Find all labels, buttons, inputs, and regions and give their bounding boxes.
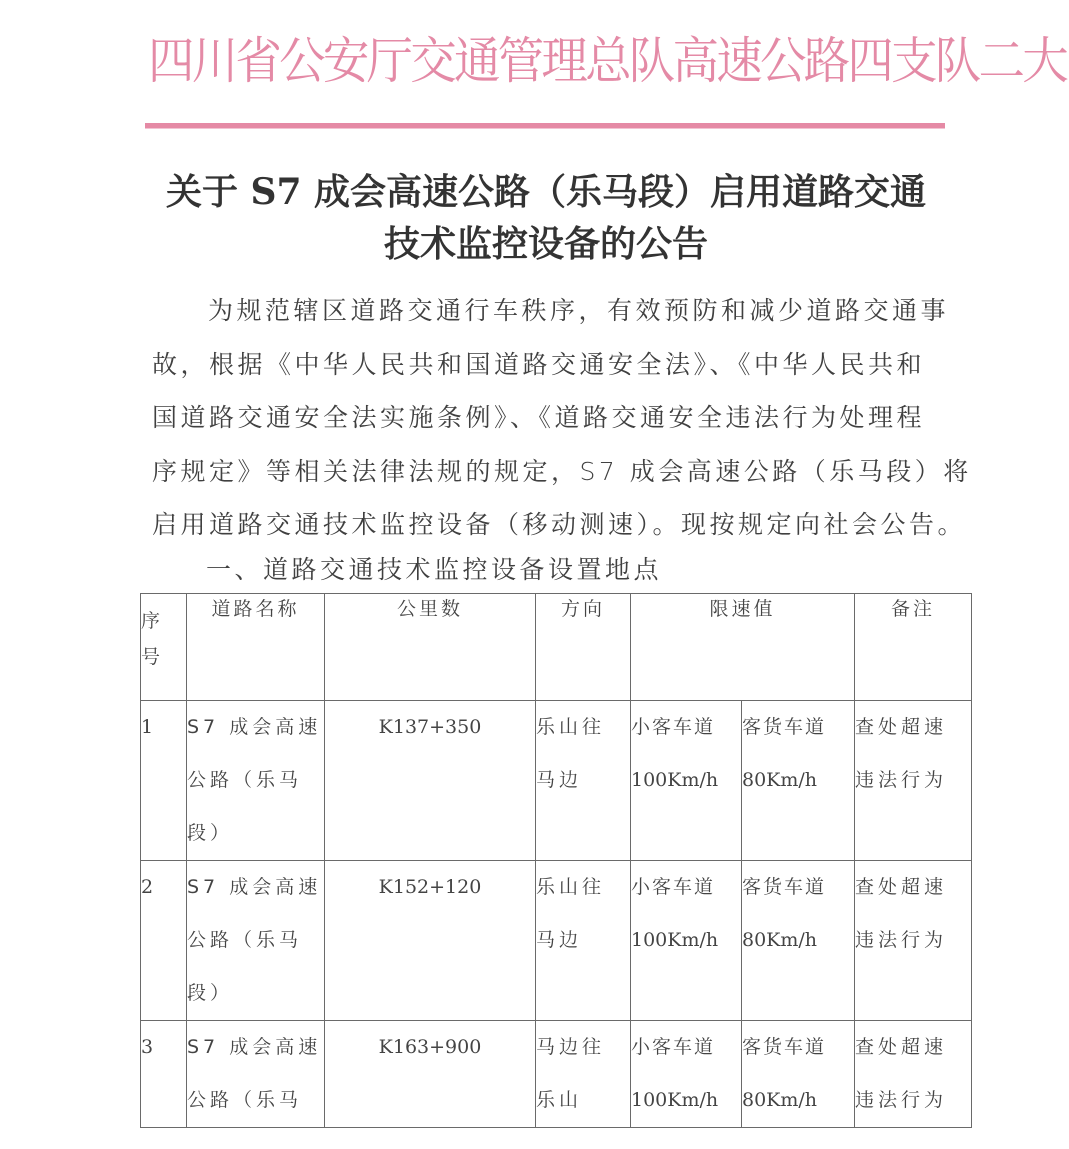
document-title: 关于 S7 成会高速公路（乐马段）启用道路交通 技术监控设备的公告 [140, 166, 952, 270]
header-kilometer: 公里数 [325, 594, 536, 701]
direction-line: 马边 [536, 914, 630, 967]
lane-name: 小客车道 [631, 701, 741, 754]
cell-seq: 2 [141, 861, 187, 1021]
cell-lane1-speed: 小客车道 100Km/h [631, 701, 742, 861]
cell-direction: 马边往 乐山 [536, 1021, 631, 1128]
cell-road-name: S7 成会高速 公路（乐马 段） [187, 701, 325, 861]
cell-lane1-speed: 小客车道 100Km/h [631, 861, 742, 1021]
cell-road-name: S7 成会高速 公路（乐马 [187, 1021, 325, 1128]
table-header-row: 序 号 道路名称 公里数 方向 限速值 备注 [141, 594, 972, 701]
cell-seq: 3 [141, 1021, 187, 1128]
remark-line: 查处超速 [855, 1021, 971, 1074]
road-line: 公路（乐马 [187, 914, 324, 967]
table-row: 3 S7 成会高速 公路（乐马 K163+900 马边往 乐山 小客车道 100… [141, 1021, 972, 1128]
lane-speed: 100Km/h [631, 914, 741, 967]
cell-lane2-speed: 客货车道 80Km/h [742, 861, 855, 1021]
remark-line: 违法行为 [855, 1074, 971, 1127]
direction-line: 乐山往 [536, 861, 630, 914]
cell-direction: 乐山往 马边 [536, 861, 631, 1021]
header-remark: 备注 [855, 594, 972, 701]
lane-speed: 100Km/h [631, 1074, 741, 1127]
remark-line: 违法行为 [855, 754, 971, 807]
remark-line: 查处超速 [855, 861, 971, 914]
road-line: S7 成会高速 [187, 861, 324, 914]
lane-speed: 80Km/h [742, 914, 854, 967]
cell-seq: 1 [141, 701, 187, 861]
cell-road-name: S7 成会高速 公路（乐马 段） [187, 861, 325, 1021]
body-line-1: 为规范辖区道路交通行车秩序，有效预防和减少道路交通事 [152, 284, 942, 338]
title-line-1: 关于 S7 成会高速公路（乐马段）启用道路交通 [140, 166, 952, 218]
road-line: 段） [187, 967, 324, 1020]
road-line: 段） [187, 807, 324, 860]
body-line-3: 国道路交通安全法实施条例》、《道路交通安全违法行为处理程 [152, 391, 942, 445]
lane-speed: 80Km/h [742, 1074, 854, 1127]
table-row: 2 S7 成会高速 公路（乐马 段） K152+120 乐山往 马边 小客车道 … [141, 861, 972, 1021]
lane-name: 小客车道 [631, 861, 741, 914]
body-line-4: 序规定》等相关法律法规的规定，S7 成会高速公路（乐马段）将 [152, 445, 942, 499]
header-direction: 方向 [536, 594, 631, 701]
body-line-5: 启用道路交通技术监控设备（移动测速）。现按规定向社会公告。 [152, 498, 942, 552]
header-speed-limit: 限速值 [631, 594, 855, 701]
direction-line: 乐山 [536, 1074, 630, 1127]
lane-name: 客货车道 [742, 1021, 854, 1074]
remark-line: 查处超速 [855, 701, 971, 754]
direction-line: 乐山往 [536, 701, 630, 754]
cell-kilometer: K163+900 [325, 1021, 536, 1128]
lane-name: 客货车道 [742, 701, 854, 754]
lane-name: 客货车道 [742, 861, 854, 914]
cell-lane2-speed: 客货车道 80Km/h [742, 701, 855, 861]
lane-speed: 100Km/h [631, 754, 741, 807]
body-line-2: 故，根据《中华人民共和国道路交通安全法》、《中华人民共和 [152, 338, 942, 392]
cell-direction: 乐山往 马边 [536, 701, 631, 861]
cell-lane1-speed: 小客车道 100Km/h [631, 1021, 742, 1128]
cell-remark: 查处超速 违法行为 [855, 861, 972, 1021]
road-line: 公路（乐马 [187, 754, 324, 807]
table-row: 1 S7 成会高速 公路（乐马 段） K137+350 乐山往 马边 小客车道 … [141, 701, 972, 861]
announcement-body: 为规范辖区道路交通行车秩序，有效预防和减少道路交通事 故，根据《中华人民共和国道… [152, 284, 942, 552]
cell-kilometer: K137+350 [325, 701, 536, 861]
road-line: 公路（乐马 [187, 1074, 324, 1127]
direction-line: 马边往 [536, 1021, 630, 1074]
agency-letterhead: 四川省公安厅交通管理总队高速公路四支队二大队 [148, 28, 892, 94]
title-line-2: 技术监控设备的公告 [140, 218, 952, 270]
cell-remark: 查处超速 违法行为 [855, 701, 972, 861]
letterhead-divider [145, 123, 945, 129]
header-road-name: 道路名称 [187, 594, 325, 701]
header-seq: 序 号 [141, 594, 187, 701]
cell-kilometer: K152+120 [325, 861, 536, 1021]
monitoring-devices-table: 序 号 道路名称 公里数 方向 限速值 备注 1 S7 成会高速 公路（乐马 段… [140, 593, 972, 1128]
cell-lane2-speed: 客货车道 80Km/h [742, 1021, 855, 1128]
lane-name: 小客车道 [631, 1021, 741, 1074]
header-seq-char-2: 号 [141, 630, 186, 684]
direction-line: 马边 [536, 754, 630, 807]
road-line: S7 成会高速 [187, 1021, 324, 1074]
lane-speed: 80Km/h [742, 754, 854, 807]
cell-remark: 查处超速 违法行为 [855, 1021, 972, 1128]
road-line: S7 成会高速 [187, 701, 324, 754]
section-heading: 一、道路交通技术监控设备设置地点 [206, 550, 662, 586]
remark-line: 违法行为 [855, 914, 971, 967]
